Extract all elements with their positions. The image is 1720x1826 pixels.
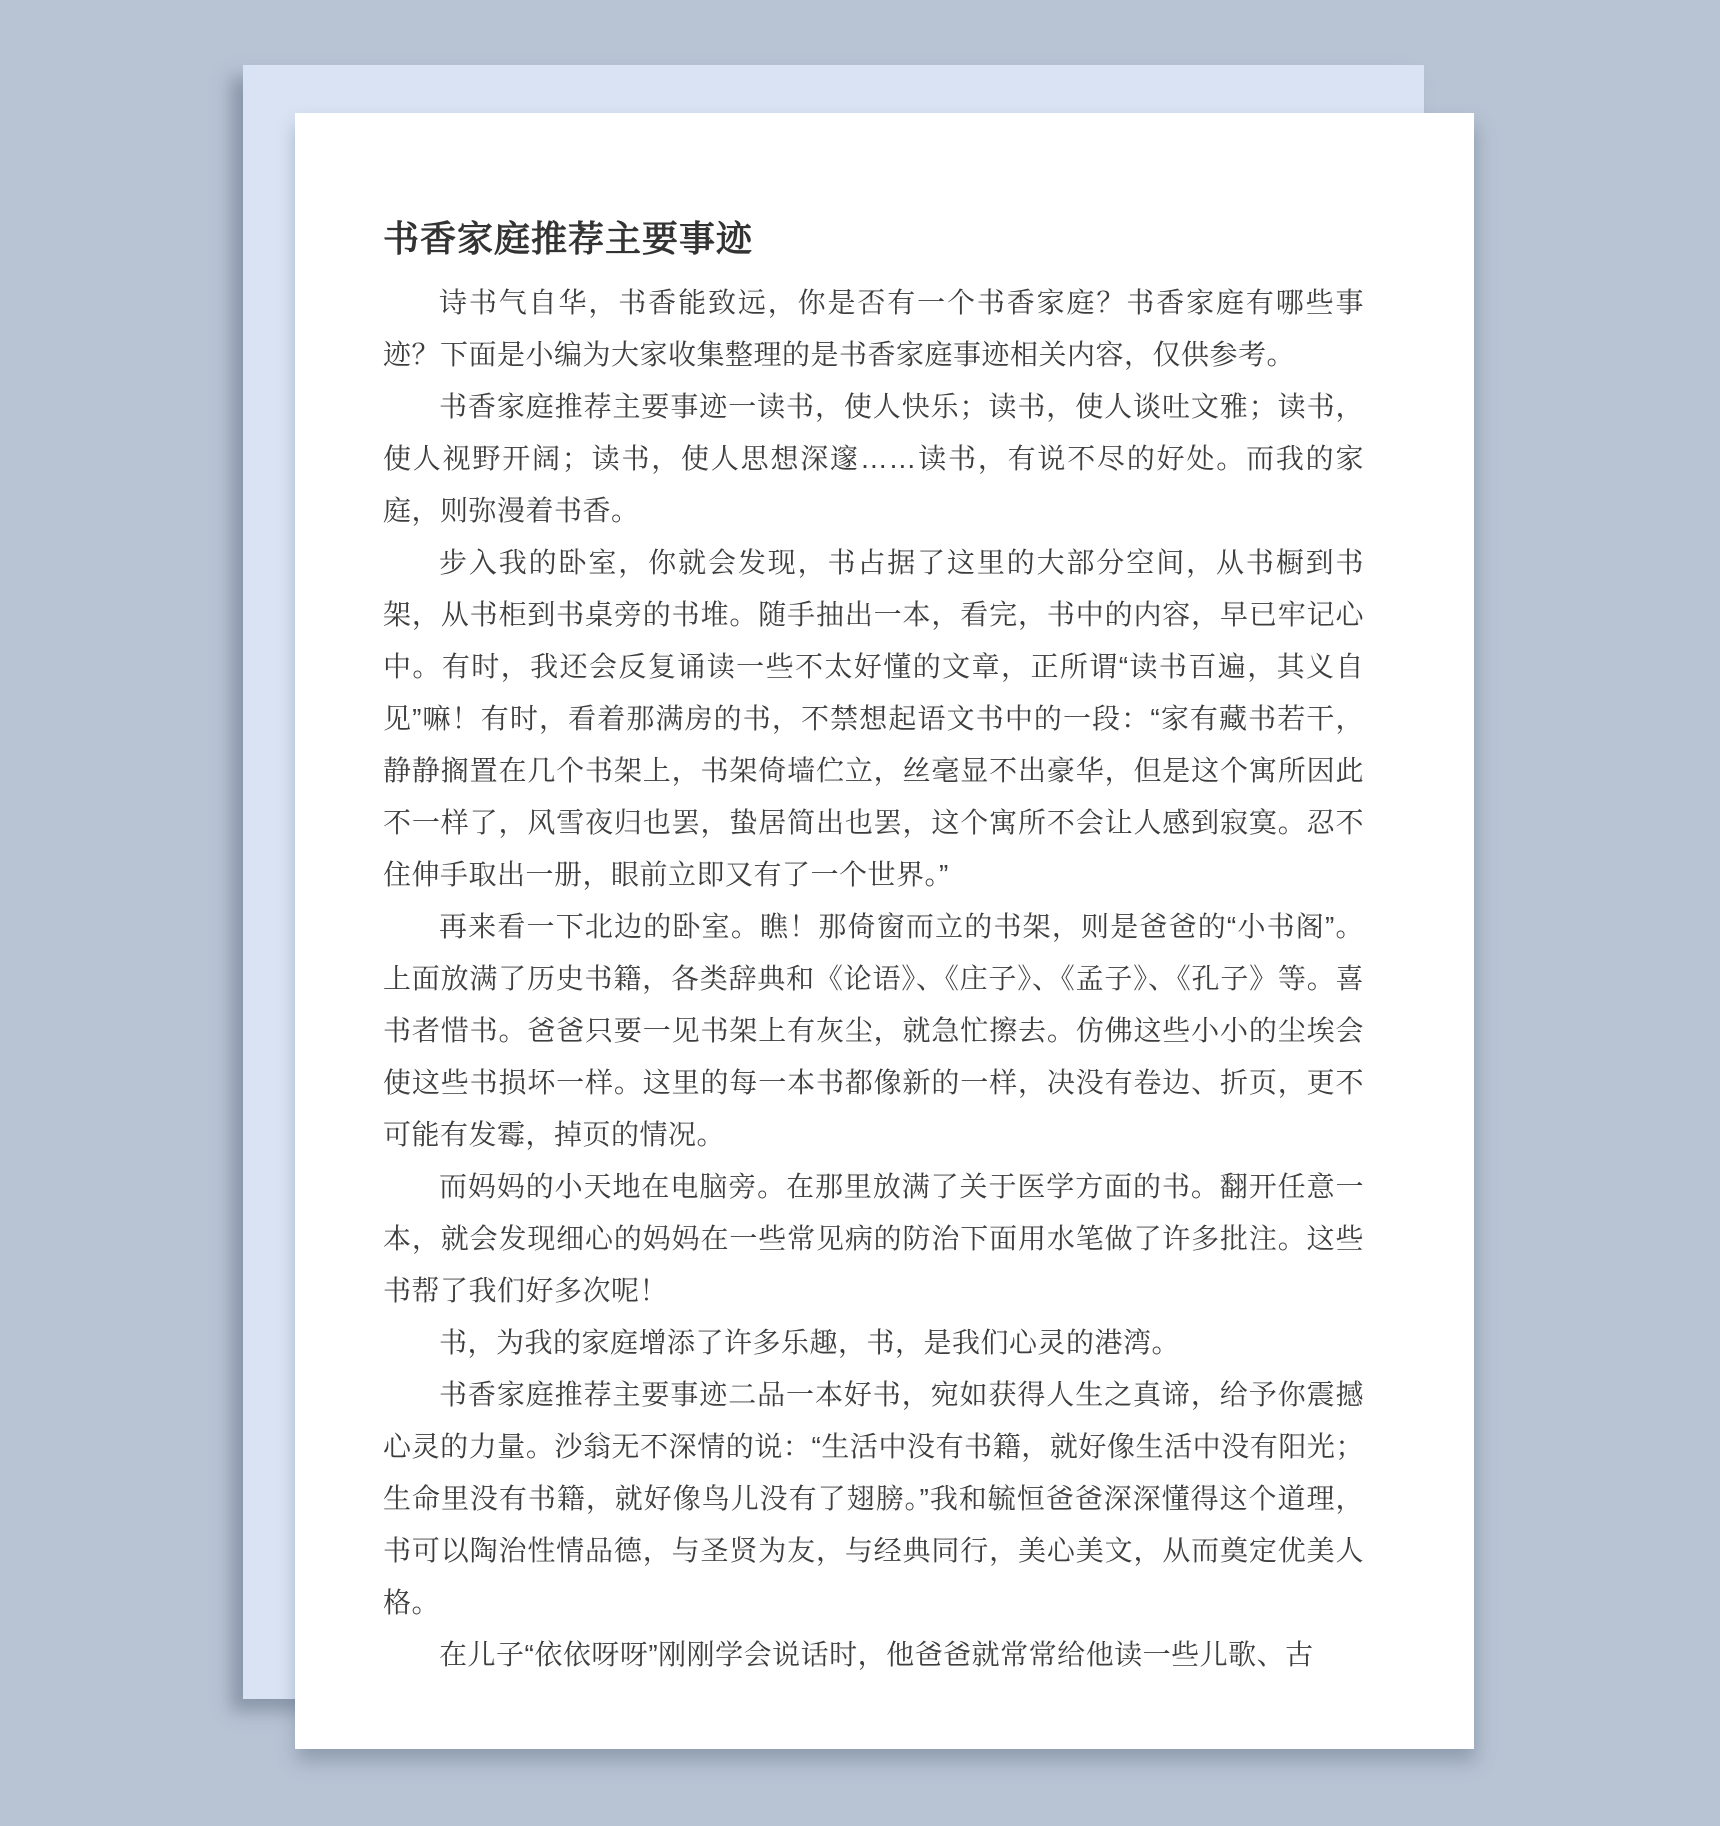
paragraph: 书香家庭推荐主要事迹二品一本好书，宛如获得人生之真谛，给予你震撼心灵的力量。沙翁…	[383, 1369, 1364, 1629]
paragraph: 步入我的卧室，你就会发现，书占据了这里的大部分空间，从书橱到书架，从书柜到书桌旁…	[383, 537, 1364, 901]
document-body: 书香家庭推荐主要事迹 诗书气自华，书香能致远，你是否有一个书香家庭？书香家庭有哪…	[383, 217, 1364, 1681]
paragraph: 书，为我的家庭增添了许多乐趣，书，是我们心灵的港湾。	[383, 1317, 1364, 1369]
document-preview: 书香家庭推荐主要事迹 诗书气自华，书香能致远，你是否有一个书香家庭？书香家庭有哪…	[0, 0, 1720, 1826]
paragraph: 诗书气自华，书香能致远，你是否有一个书香家庭？书香家庭有哪些事迹？下面是小编为大…	[383, 277, 1364, 381]
document-title: 书香家庭推荐主要事迹	[383, 217, 1364, 261]
paragraph: 再来看一下北边的卧室。瞧！那倚窗而立的书架，则是爸爸的“小书阁”。上面放满了历史…	[383, 901, 1364, 1161]
paragraph: 而妈妈的小天地在电脑旁。在那里放满了关于医学方面的书。翻开任意一本，就会发现细心…	[383, 1161, 1364, 1317]
paragraph: 在儿子“依依呀呀”刚刚学会说话时，他爸爸就常常给他读一些儿歌、古	[383, 1629, 1364, 1681]
paragraph: 书香家庭推荐主要事迹一读书，使人快乐；读书，使人谈吐文雅；读书，使人视野开阔；读…	[383, 381, 1364, 537]
document-page: 书香家庭推荐主要事迹 诗书气自华，书香能致远，你是否有一个书香家庭？书香家庭有哪…	[295, 113, 1474, 1749]
